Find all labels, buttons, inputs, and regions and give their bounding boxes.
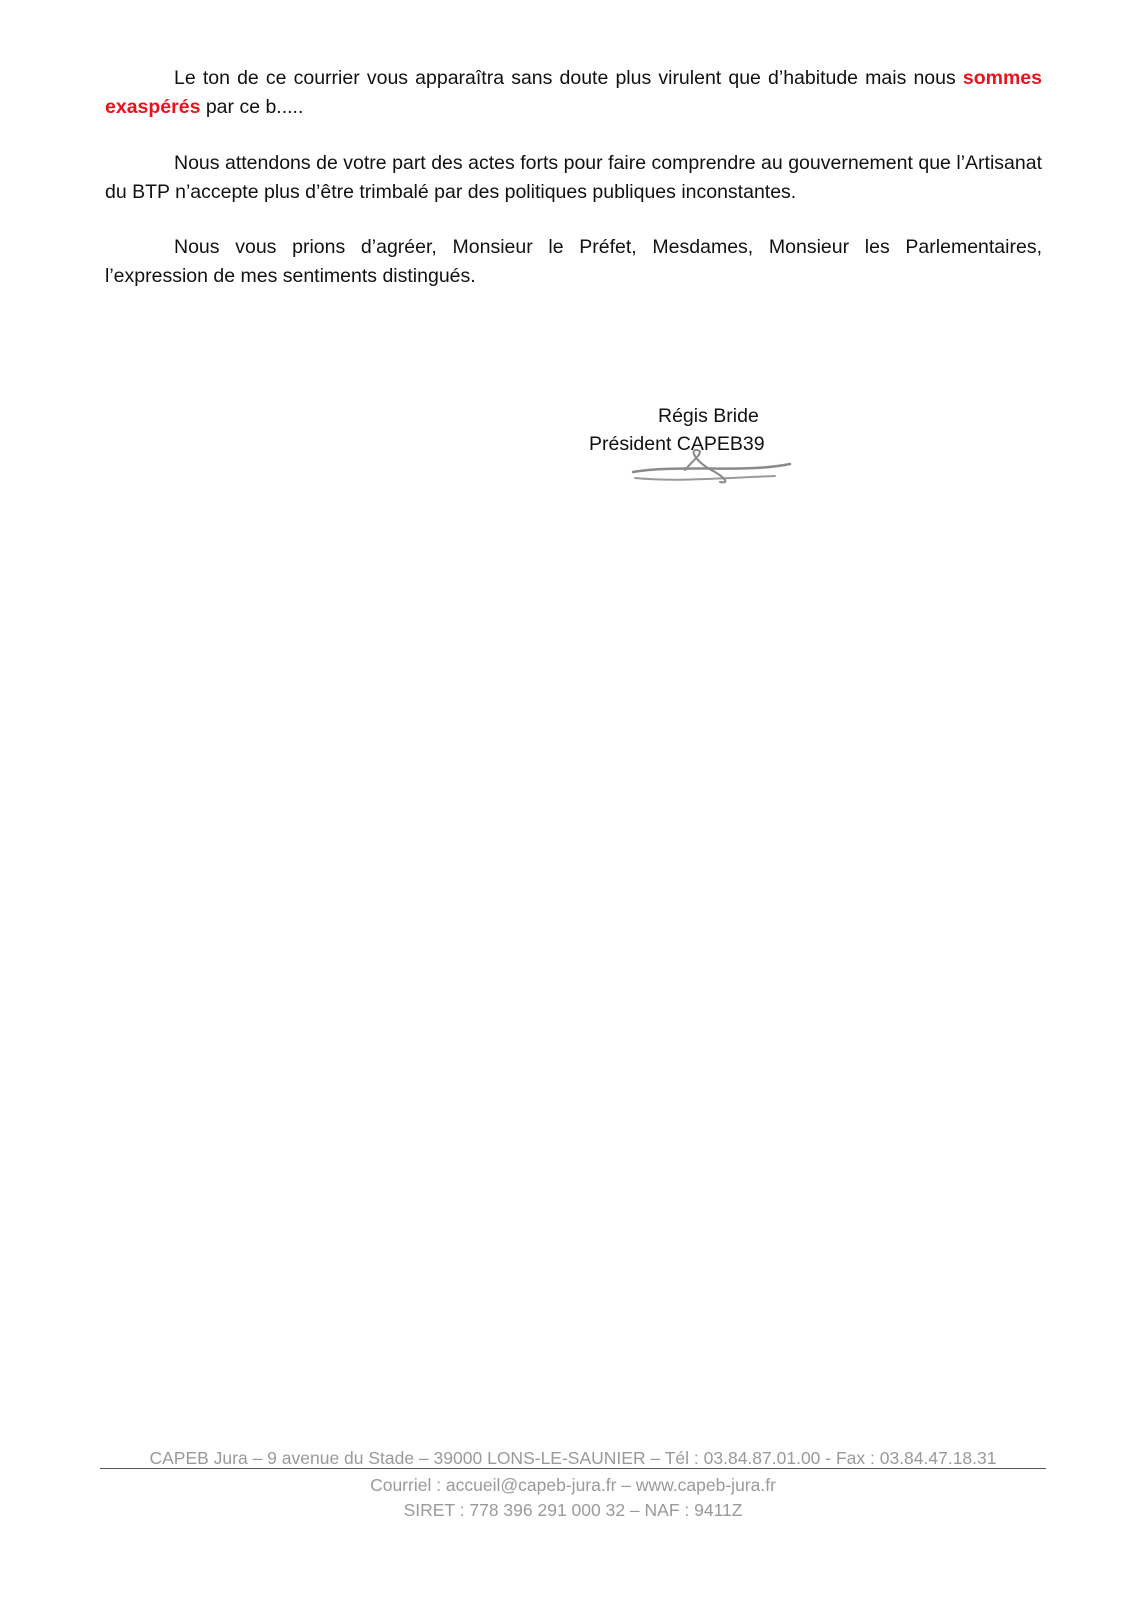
footer-contact: Courriel : accueil@capeb-jura.fr – www.c…: [100, 1475, 1046, 1496]
paragraph-tone-text: Le ton de ce courrier vous apparaîtra sa…: [174, 67, 963, 89]
paragraph-tone-suffix: par ce b.....: [200, 96, 303, 118]
paragraph-demand: Nous attendons de votre part des actes f…: [105, 149, 1042, 206]
footer-address: CAPEB Jura – 9 avenue du Stade – 39000 L…: [100, 1448, 1046, 1469]
paragraph-closing: Nous vous prions d’agréer, Monsieur le P…: [105, 233, 1042, 290]
signatory-name: Régis Bride: [658, 402, 759, 430]
paragraph-tone: Le ton de ce courrier vous apparaîtra sa…: [105, 64, 1042, 121]
footer-divider: [100, 1468, 1046, 1469]
footer-siret: SIRET : 778 396 291 000 32 – NAF : 9411Z: [100, 1500, 1046, 1521]
handwritten-signature: [625, 448, 795, 488]
